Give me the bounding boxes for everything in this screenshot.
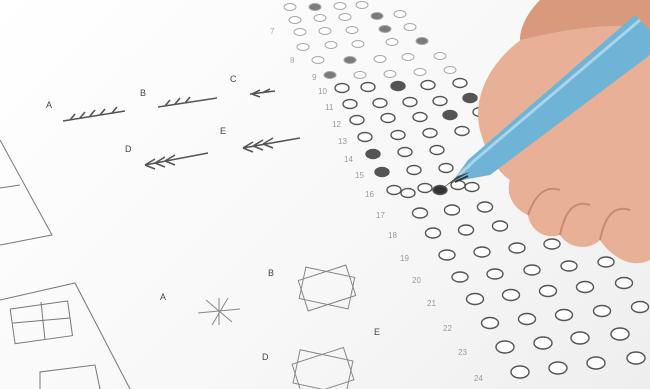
row-number-20: 20: [412, 276, 421, 285]
row-number-22: 22: [443, 324, 452, 333]
option-label-a: A: [46, 100, 52, 110]
row-number-21: 21: [427, 299, 436, 308]
question-figure-frames: [0, 140, 130, 389]
option-label-b2: B: [268, 268, 274, 278]
row-number-9: 9: [312, 73, 317, 82]
answer-bubble-grid: 7 8: [270, 2, 456, 79]
row-number-19: 19: [400, 254, 409, 263]
option-label-d2: D: [262, 352, 269, 362]
row-number-24: 24: [474, 374, 483, 383]
row-number-10: 10: [318, 87, 327, 96]
row-number-14: 14: [344, 155, 353, 164]
option-label-b: B: [140, 88, 146, 98]
row-number-17: 17: [376, 211, 385, 220]
row-number: 8: [290, 56, 295, 65]
option-label-e2: E: [374, 327, 380, 337]
row-number-13: 13: [338, 137, 347, 146]
row-number-12: 12: [332, 120, 341, 129]
option-label-c: C: [230, 74, 237, 84]
row-number-15: 15: [355, 171, 364, 180]
question-set-2: A B D E: [160, 265, 380, 389]
row-number-11: 11: [325, 103, 334, 112]
answer-sheet-photo: A B C D E A B D E: [0, 0, 650, 389]
option-label-e: E: [220, 126, 226, 136]
row-number-18: 18: [388, 231, 397, 240]
option-label-d: D: [125, 144, 132, 154]
row-number: 7: [270, 27, 275, 36]
option-label-a2: A: [160, 292, 166, 302]
row-number-23: 23: [458, 348, 467, 357]
question-set-1: A B C D E: [46, 74, 300, 169]
scene-graphic: A B C D E A B D E: [0, 0, 650, 389]
row-number-16: 16: [365, 190, 374, 199]
